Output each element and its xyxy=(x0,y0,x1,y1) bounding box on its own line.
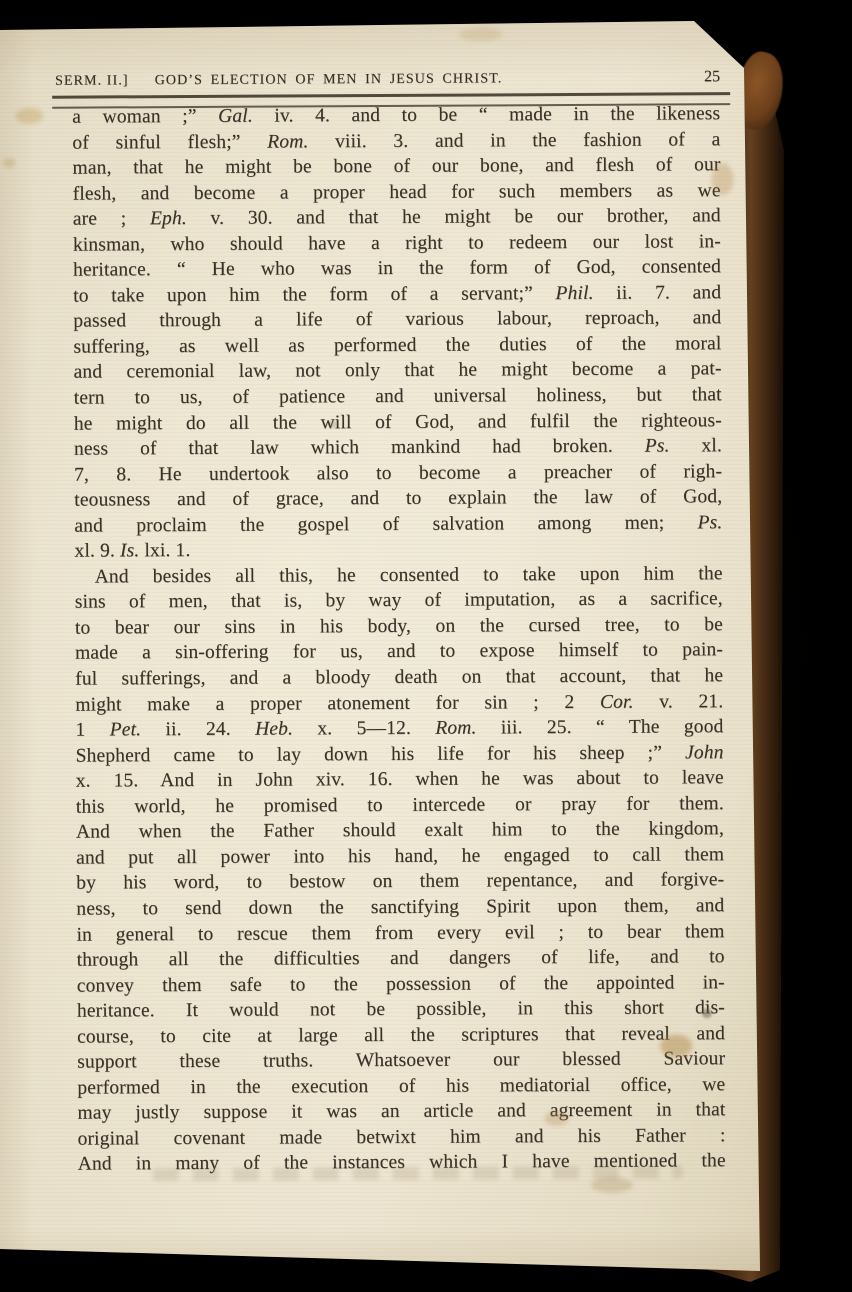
book-photo: SERM. II.] GOD’S ELECTION OF MEN IN JESU… xyxy=(0,0,852,1292)
text-line: ness of that law which mankind had broke… xyxy=(74,433,722,462)
page-content: SERM. II.] GOD’S ELECTION OF MEN IN JESU… xyxy=(0,0,852,1292)
text-line: Shepherd came to lay down his life for h… xyxy=(76,740,724,769)
text-line: might make a proper atonement for sin ; … xyxy=(75,689,723,718)
foxing-spot xyxy=(329,420,337,428)
text-line: And besides all this, he consented to ta… xyxy=(75,561,723,590)
text-line: by his word, to bestow on them repentanc… xyxy=(76,868,724,897)
text-line: to take upon him the form of a servant;”… xyxy=(73,280,721,309)
text-line: passed through a life of various labour,… xyxy=(73,306,721,335)
text-line: x. 15. And in John xiv. 16. when he was … xyxy=(76,765,724,794)
running-title: GOD’S ELECTION OF MEN IN JESUS CHRIST. xyxy=(155,71,503,89)
text-line: through all the difficulties and dangers… xyxy=(77,944,725,973)
foxing-spot xyxy=(15,108,43,124)
scripture-reference: Cor. xyxy=(600,691,634,712)
text-line: in general to rescue them from every evi… xyxy=(76,919,724,948)
scripture-reference: Heb. xyxy=(255,719,293,740)
text-line: are ; Eph. v. 30. and that he might be o… xyxy=(73,203,721,232)
text-line: may justly suppose it was an article and… xyxy=(77,1098,725,1127)
scripture-reference: Eph. xyxy=(150,208,187,229)
text-line: and ceremonial law, not only that he mig… xyxy=(74,357,722,386)
scripture-reference: Ps. xyxy=(645,436,670,457)
text-line: tern to us, of patience and universal ho… xyxy=(74,382,722,411)
section-label: SERM. II.] xyxy=(55,73,129,89)
text-line: course, to cite at large all the scriptu… xyxy=(77,1021,725,1050)
text-line: support these truths. Whatsoever our ble… xyxy=(77,1046,725,1075)
page-header: SERM. II.] GOD’S ELECTION OF MEN IN JESU… xyxy=(55,68,720,89)
text-line: kinsman, who should have a right to rede… xyxy=(73,229,721,258)
foxing-spot xyxy=(712,163,734,195)
text-line: this world, he promised to intercede or … xyxy=(76,791,724,820)
text-line: and put all power into his hand, he enga… xyxy=(76,842,724,871)
scripture-reference: Rom. xyxy=(435,718,476,739)
text-line: heritance. “ He who was in the form of G… xyxy=(73,254,721,283)
text-line: made a sin-offering for us, and to expos… xyxy=(75,638,723,667)
foxing-spot xyxy=(660,1034,692,1057)
scripture-reference: Phil. xyxy=(555,283,593,304)
scripture-reference: John xyxy=(685,742,724,763)
text-line: and proclaim the gospel of salvation amo… xyxy=(74,510,722,539)
scripture-reference: Gal. xyxy=(218,106,253,127)
text-line: original covenant made betwixt him and h… xyxy=(78,1123,726,1152)
text-line: of sinful flesh;” Rom. viii. 3. and in t… xyxy=(72,127,720,156)
text-line: xl. 9. Is. lxi. 1. xyxy=(74,536,722,565)
text-line: to bear our sins in his body, on the cur… xyxy=(75,612,723,641)
scripture-reference: Ps. xyxy=(698,512,723,533)
page-number: 25 xyxy=(704,68,720,86)
text-line: flesh, and become a proper head for such… xyxy=(73,178,721,207)
text-line: man, that he might be bone of our bone, … xyxy=(72,152,720,181)
foxing-spot xyxy=(702,1008,712,1018)
text-line: And when the Father should exalt him to … xyxy=(76,817,724,846)
text-line: ness, to send down the sanctifying Spiri… xyxy=(76,893,724,922)
scripture-reference: Is. xyxy=(120,541,140,562)
text-block: a woman ;” Gal. iv. 4. and to be “ made … xyxy=(72,101,726,1177)
book-page: SERM. II.] GOD’S ELECTION OF MEN IN JESU… xyxy=(0,0,852,1292)
text-line: teousness and of grace, and to explain t… xyxy=(74,484,722,513)
text-line: a woman ;” Gal. iv. 4. and to be “ made … xyxy=(72,101,720,130)
foxing-spot xyxy=(2,158,15,168)
text-line: sins of men, that is, by way of imputati… xyxy=(75,587,723,616)
foxing-spot xyxy=(544,1111,568,1126)
text-line: suffering, as well as performed the duti… xyxy=(73,331,721,360)
show-through-text xyxy=(153,1165,683,1181)
double-rule xyxy=(52,92,730,109)
text-line: 1 Pet. ii. 24. Heb. x. 5—12. Rom. iii. 2… xyxy=(75,714,723,743)
scripture-reference: Pet. xyxy=(110,719,142,740)
text-line: convey them safe to the possession of th… xyxy=(77,970,725,999)
text-line: 7, 8. He undertook also to become a prea… xyxy=(74,459,722,488)
scripture-reference: Rom. xyxy=(267,131,308,152)
text-line: And in many of the instances which I hav… xyxy=(78,1149,726,1178)
foxing-spot xyxy=(591,1177,633,1193)
text-line: performed in the execution of his mediat… xyxy=(77,1072,725,1101)
text-line: ful sufferings, and a bloody death on th… xyxy=(75,663,723,692)
text-line: heritance. It would not be possible, in … xyxy=(77,995,725,1024)
text-line: he might do all the will of God, and ful… xyxy=(74,408,722,437)
foxing-spot xyxy=(459,27,503,41)
